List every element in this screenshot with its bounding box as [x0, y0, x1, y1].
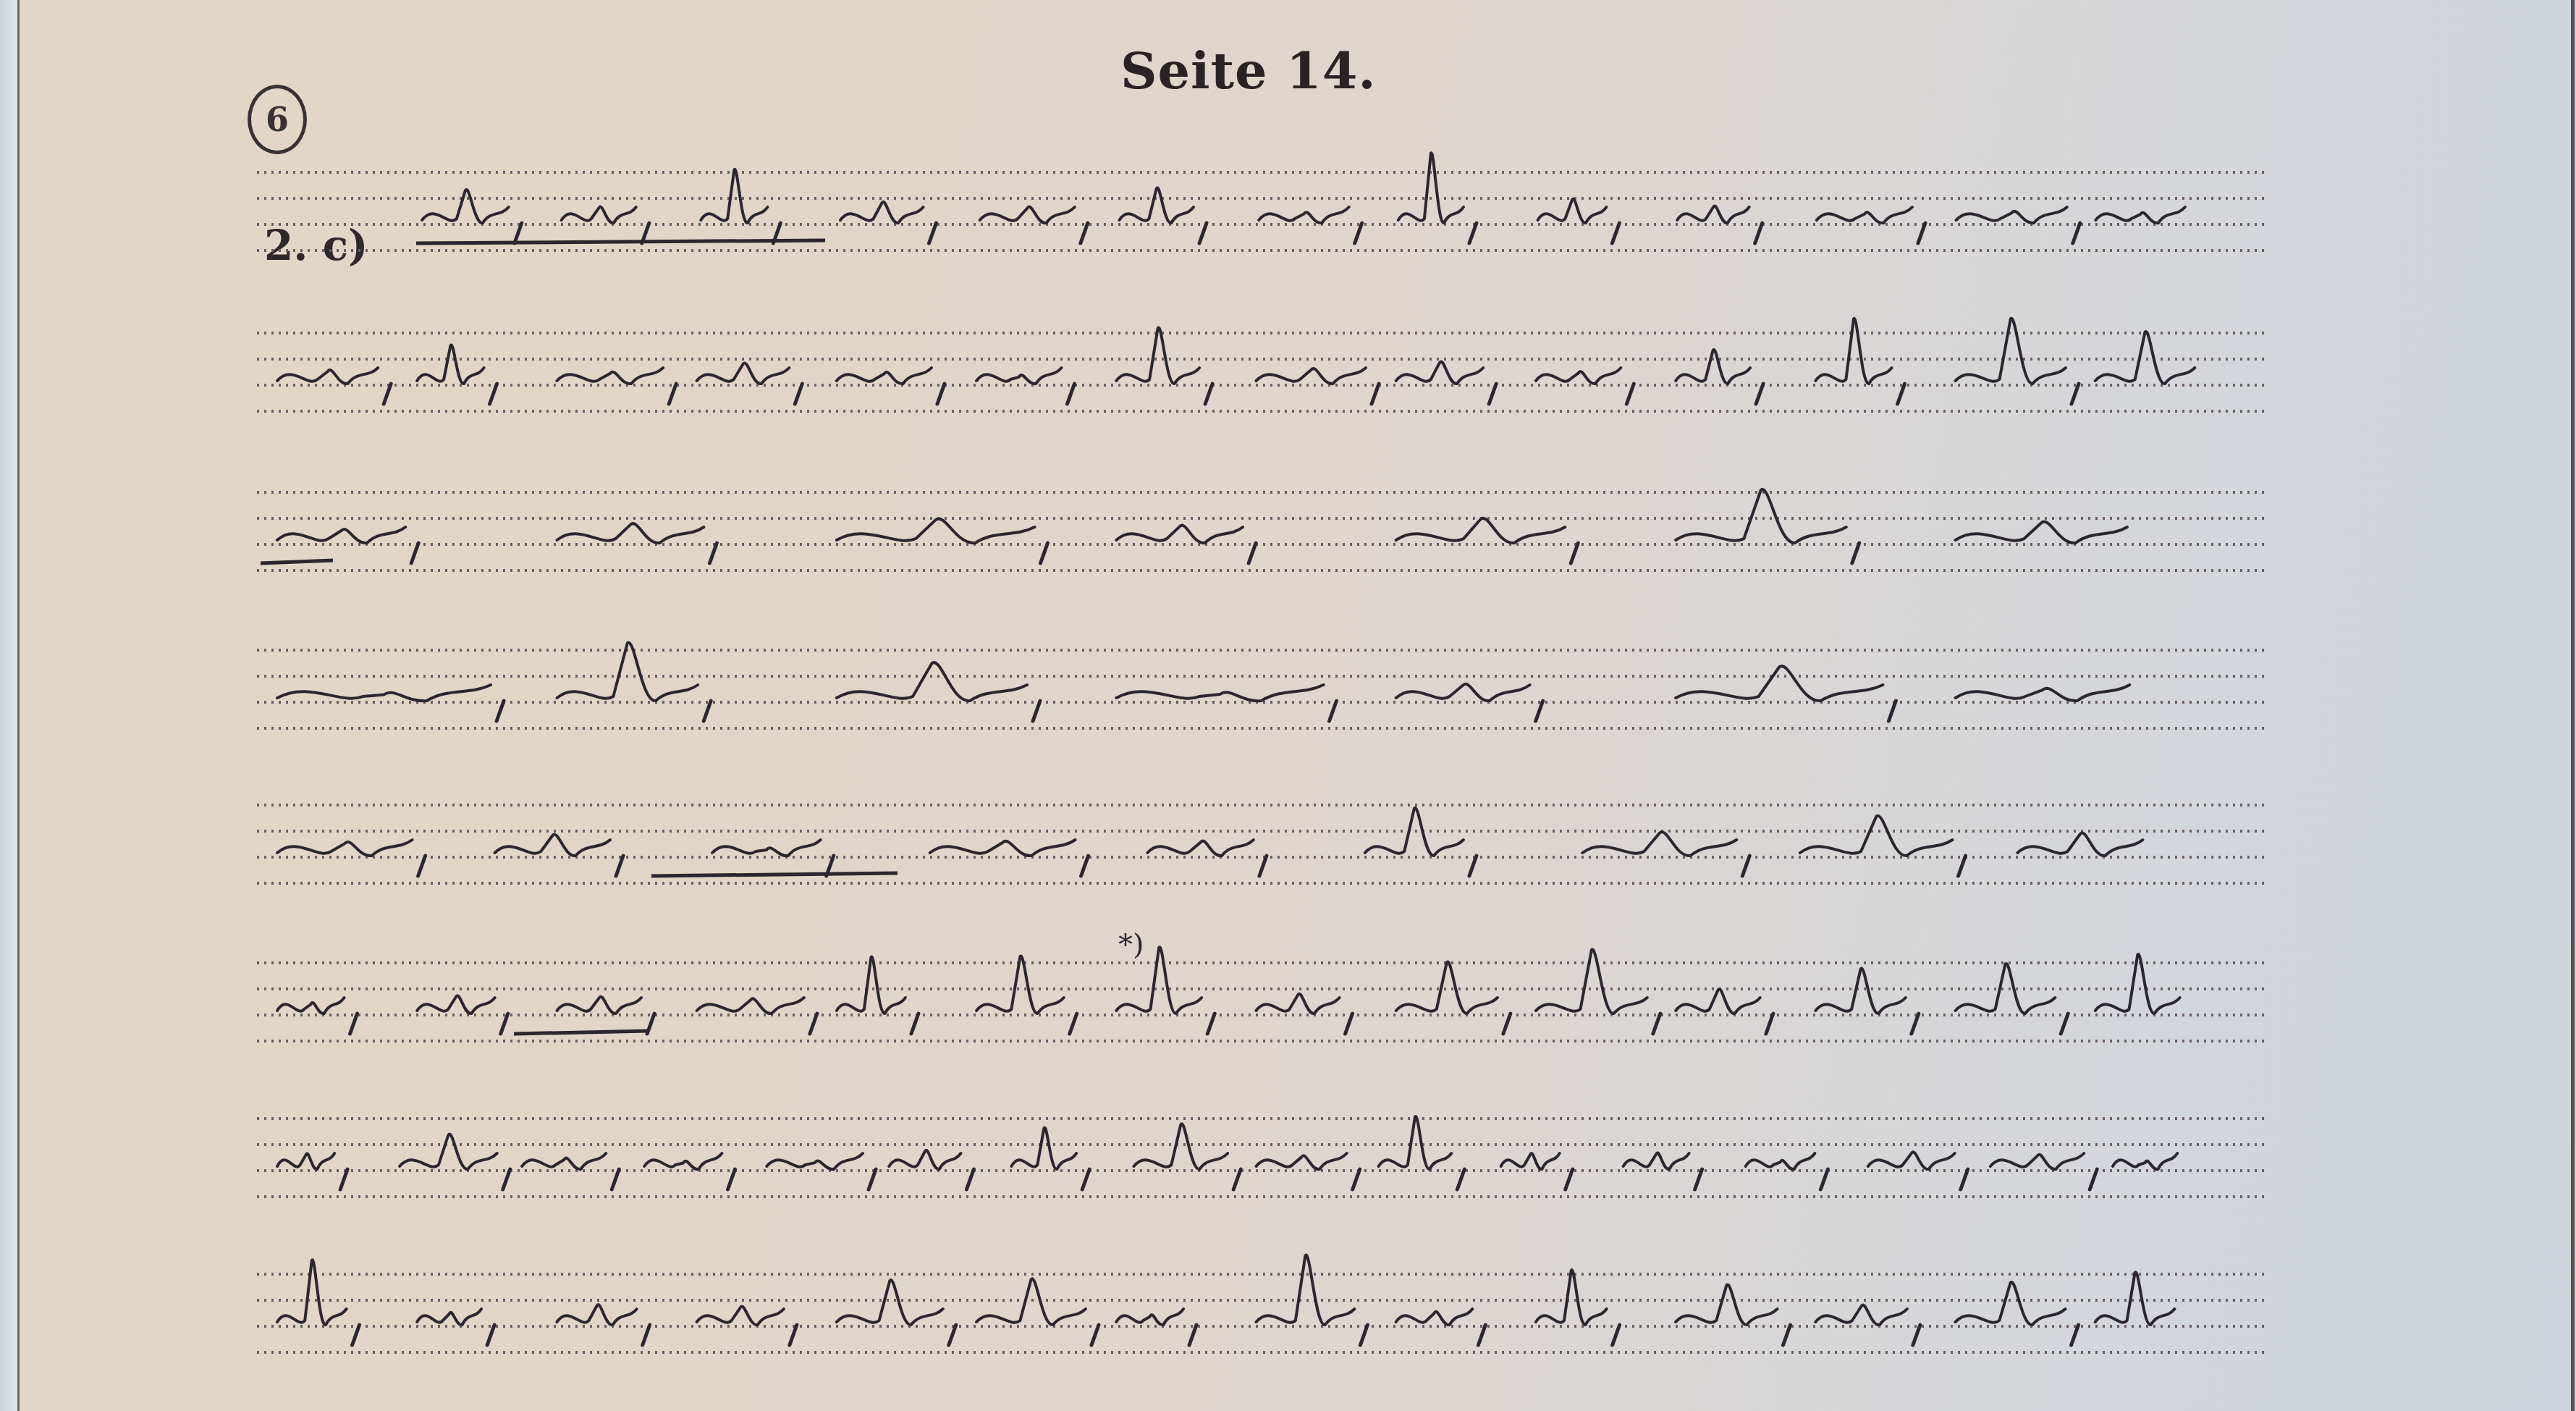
shorthand-stroke: [277, 840, 413, 856]
comma-mark: [1353, 1169, 1360, 1189]
comma-mark: [810, 1014, 817, 1034]
comma-mark: [1091, 1325, 1099, 1345]
shorthand-stroke: [1676, 1284, 1777, 1325]
comma-mark: [1040, 543, 1047, 563]
comma-mark: [1372, 384, 1379, 404]
comma-mark: [1070, 1014, 1077, 1034]
shorthand-stroke: [1119, 188, 1194, 223]
shorthand-stroke: [1956, 522, 2127, 544]
shorthand-stroke: [2017, 833, 2142, 856]
shorthand-stroke: [976, 368, 1061, 384]
comma-mark: [1566, 1169, 1573, 1189]
shorthand-stroke: [277, 368, 378, 384]
shorthand-stroke: [1956, 207, 2067, 223]
heading-underline: [514, 1031, 648, 1034]
shorthand-stroke: [1116, 327, 1199, 384]
shorthand-stroke: [980, 207, 1075, 223]
comma-mark: [616, 856, 623, 876]
shorthand-stroke: [644, 1153, 722, 1169]
shorthand-stroke: [1582, 832, 1736, 856]
shorthand-stroke: [562, 206, 636, 223]
shorthand-stroke: [1379, 1116, 1452, 1169]
shorthand-stroke: [557, 368, 663, 384]
shorthand-stroke: [2095, 954, 2180, 1014]
comma-mark: [1571, 543, 1578, 563]
shorthand-stroke: [277, 1260, 347, 1325]
shorthand-stroke: [1259, 207, 1349, 223]
shorthand-stroke: [697, 998, 804, 1014]
shorthand-stroke: [557, 1305, 636, 1325]
shorthand-stroke: [1257, 1153, 1347, 1169]
comma-mark: [1766, 1014, 1773, 1034]
shorthand-stroke: [1815, 969, 1905, 1014]
comma-mark: [1536, 701, 1543, 721]
comma-mark: [2072, 1325, 2079, 1345]
comma-mark: [1469, 223, 1477, 243]
shorthand-stroke: [837, 1280, 943, 1325]
comma-mark: [1695, 1169, 1702, 1189]
comma-mark: [937, 384, 945, 404]
comma-mark: [352, 1325, 360, 1345]
comma-mark: [2090, 1169, 2097, 1189]
shorthand-stroke: [277, 527, 405, 543]
comma-mark: [490, 384, 497, 404]
heading-underline: [261, 560, 333, 563]
comma-mark: [1918, 223, 1925, 243]
shorthand-stroke: [277, 685, 491, 701]
comma-mark: [1457, 1169, 1464, 1189]
shorthand-stroke: [557, 997, 641, 1014]
shorthand-stroke: [1536, 950, 1647, 1014]
shorthand-stroke: [837, 957, 905, 1014]
comma-mark: [1082, 1169, 1089, 1189]
comma-mark: [1259, 856, 1267, 876]
comma-mark: [1249, 543, 1256, 563]
comma-mark: [503, 1169, 510, 1189]
shorthand-stroke: [2095, 332, 2195, 384]
comma-mark: [704, 701, 711, 721]
comma-mark: [1820, 1169, 1828, 1189]
shorthand-stroke: [1676, 989, 1760, 1014]
shorthand-stroke: [417, 345, 483, 384]
shorthand-stroke: [1868, 1152, 1955, 1169]
comma-mark: [1355, 223, 1362, 243]
shorthand-stroke: [422, 190, 509, 223]
shorthand-stroke: [417, 995, 495, 1014]
comma-mark: [790, 1325, 797, 1345]
comma-mark: [411, 543, 418, 563]
shorthand-stroke: [1800, 816, 1953, 856]
shorthand-stroke: [1746, 1153, 1815, 1169]
shorthand-stroke: [277, 1153, 334, 1169]
comma-mark: [1233, 1169, 1241, 1189]
comma-mark: [350, 1014, 358, 1034]
shorthand-stroke: [2095, 1272, 2175, 1325]
comma-mark: [1852, 543, 1859, 563]
shorthand-stroke: [697, 363, 790, 384]
shorthand-stroke: [1956, 685, 2130, 701]
shorthand-stroke: [495, 835, 610, 856]
shorthand-stroke: [1396, 518, 1566, 543]
shorthand-stroke: [1116, 947, 1202, 1014]
comma-mark: [647, 1014, 654, 1034]
shorthand-stroke: [837, 662, 1027, 701]
comma-mark: [1067, 384, 1074, 404]
shorthand-stroke: [840, 202, 923, 223]
comma-mark: [1469, 856, 1477, 876]
comma-mark: [709, 543, 717, 563]
comma-mark: [418, 856, 426, 876]
shorthand-stroke: [1815, 1305, 1907, 1325]
shorthand-stroke: [1257, 1255, 1355, 1325]
comma-mark: [1612, 223, 1619, 243]
shorthand-stroke: [1116, 685, 1323, 701]
comma-mark: [612, 1169, 619, 1189]
shorthand-stroke: [976, 956, 1064, 1014]
comma-mark: [1346, 1014, 1353, 1034]
comma-mark: [1959, 856, 1966, 876]
comma-mark: [869, 1169, 876, 1189]
comma-mark: [1961, 1169, 1968, 1189]
ruled-lines-and-shorthand: [0, 0, 2576, 1411]
comma-mark: [1478, 1325, 1485, 1345]
comma-mark: [501, 1014, 508, 1034]
shorthand-stroke: [1396, 1309, 1473, 1325]
shorthand-stroke: [1501, 1153, 1560, 1169]
comma-mark: [1360, 1325, 1367, 1345]
shorthand-stroke: [1538, 199, 1607, 223]
comma-mark: [1207, 1014, 1215, 1034]
heading-underline: [651, 873, 898, 876]
comma-mark: [2061, 1014, 2068, 1034]
comma-mark: [2073, 223, 2080, 243]
shorthand-stroke: [1147, 840, 1254, 856]
comma-mark: [1653, 1014, 1660, 1034]
comma-mark: [1783, 1325, 1791, 1345]
shorthand-stroke: [1623, 1153, 1689, 1169]
comma-mark: [1913, 1325, 1920, 1345]
shorthand-stroke: [1676, 666, 1883, 701]
comma-mark: [727, 1169, 735, 1189]
comma-mark: [1888, 701, 1896, 721]
shorthand-stroke: [1676, 489, 1846, 543]
comma-mark: [643, 1325, 650, 1345]
shorthand-stroke: [697, 1307, 784, 1326]
shorthand-stroke: [417, 1309, 481, 1325]
shorthand-stroke: [837, 519, 1035, 543]
shorthand-stroke: [1676, 350, 1750, 384]
shorthand-stroke: [1956, 1282, 2066, 1325]
comma-mark: [669, 384, 676, 404]
comma-mark: [384, 384, 391, 404]
comma-mark: [911, 1014, 919, 1034]
comma-mark: [1199, 223, 1207, 243]
shorthand-stroke: [1536, 368, 1621, 384]
shorthand-stroke: [1257, 994, 1340, 1014]
comma-mark: [1503, 1014, 1511, 1034]
shorthand-stroke: [1817, 207, 1912, 223]
heading-underline: [416, 240, 825, 243]
comma-mark: [1489, 384, 1496, 404]
shorthand-stroke: [277, 998, 345, 1014]
shorthand-stroke: [2113, 1153, 2177, 1169]
shorthand-stroke: [712, 840, 821, 856]
shorthand-stroke: [889, 1150, 960, 1169]
comma-mark: [1912, 1014, 1919, 1034]
comma-mark: [340, 1169, 347, 1189]
shorthand-stroke: [1011, 1128, 1076, 1169]
shorthand-stroke: [557, 523, 704, 543]
comma-mark: [1081, 856, 1089, 876]
shorthand-stroke: [1116, 526, 1243, 544]
comma-mark: [515, 223, 522, 243]
comma-mark: [1742, 856, 1749, 876]
shorthand-stroke: [400, 1134, 497, 1169]
shorthand-stroke: [1396, 684, 1530, 701]
comma-mark: [1755, 223, 1762, 243]
comma-mark: [795, 384, 802, 404]
shorthand-stroke: [701, 169, 767, 223]
shorthand-stroke: [837, 368, 932, 384]
shorthand-stroke: [1133, 1124, 1228, 1169]
comma-mark: [1898, 384, 1905, 404]
shorthand-stroke: [976, 1279, 1086, 1325]
comma-mark: [929, 223, 936, 243]
shorthand-stroke: [1116, 1309, 1183, 1325]
comma-mark: [1081, 223, 1088, 243]
shorthand-stroke: [522, 1153, 606, 1169]
shorthand-stroke: [1677, 206, 1749, 223]
shorthand-stroke: [1815, 319, 1891, 384]
shorthand-stroke: [767, 1153, 863, 1169]
comma-mark: [1189, 1325, 1196, 1345]
comma-mark: [1626, 384, 1634, 404]
comma-mark: [966, 1169, 974, 1189]
comma-mark: [1205, 384, 1212, 404]
shorthand-stroke: [930, 840, 1076, 856]
shorthand-stroke: [1398, 153, 1464, 223]
comma-mark: [949, 1325, 956, 1345]
shorthand-stroke: [1257, 368, 1367, 384]
comma-mark: [1033, 701, 1040, 721]
shorthand-stroke: [1990, 1153, 2084, 1169]
comma-mark: [1756, 384, 1763, 404]
comma-mark: [2072, 384, 2079, 404]
comma-mark: [1613, 1325, 1620, 1345]
comma-mark: [1330, 701, 1337, 721]
shorthand-stroke: [1956, 964, 2056, 1014]
shorthand-stroke: [1396, 361, 1483, 384]
comma-mark: [487, 1325, 494, 1345]
comma-mark: [497, 701, 504, 721]
shorthand-stroke: [1956, 319, 2066, 384]
shorthand-stroke: [1536, 1270, 1607, 1325]
shorthand-stroke: [2095, 207, 2185, 223]
